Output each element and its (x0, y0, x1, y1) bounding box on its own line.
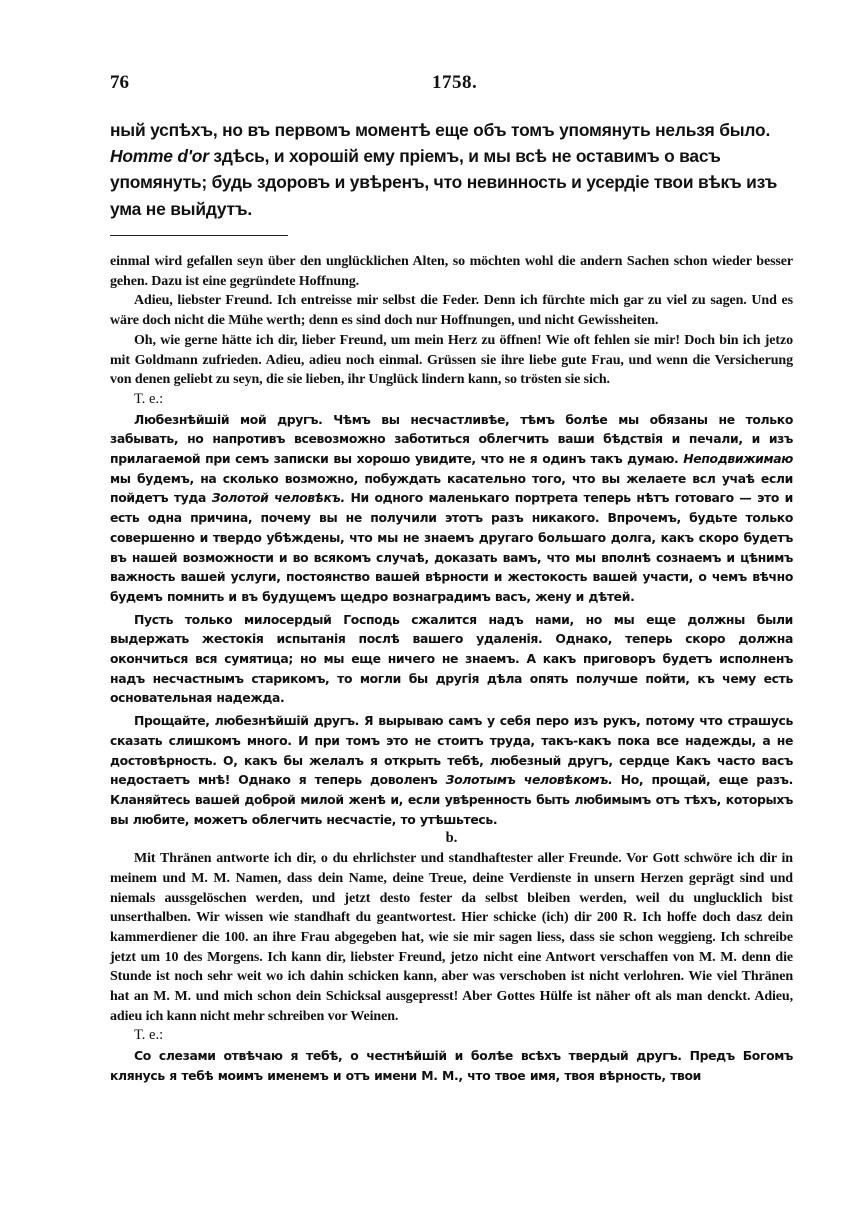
footnote-ru-paragraph-4: Со слезами отвѣчаю я тебѣ, о честнѣйшій … (110, 1046, 793, 1085)
main-line-3: упомянуть; будь здоровъ и увѣренъ, что н… (110, 169, 790, 195)
main-line-1: ный успѣхъ, но въ первомъ моментѣ еще об… (110, 117, 790, 143)
footnote-de-paragraph-4: Mit Thränen antworte ich dir, o du ehrli… (110, 849, 793, 1026)
book-page: 76 1758. ный успѣхъ, но въ первомъ момен… (0, 0, 843, 1218)
footnote-de-paragraph-1: einmal wird gefallen seyn über den unglü… (110, 252, 793, 291)
translation-label-2: T. e.: (110, 1026, 793, 1046)
footnote-ru-paragraph-2: Пусть только милосердый Господь сжалится… (110, 610, 793, 709)
translation-label-1: T. e.: (110, 390, 793, 410)
running-header-year: 1758. (432, 72, 477, 94)
main-line-4: ума не выйдутъ. (110, 196, 790, 222)
footnotes: einmal wird gefallen seyn über den unglü… (110, 252, 793, 1086)
footnote-de-paragraph-2: Adieu, liebster Freund. Ich entreisse mi… (110, 291, 793, 330)
main-body-text: ный успѣхъ, но въ первомъ моментѣ еще об… (110, 117, 790, 222)
page-number: 76 (110, 72, 129, 94)
main-line-2: Homme d'or здѣсь, и хорошій ему пріемъ, … (110, 143, 790, 169)
page-header: 76 1758. (110, 72, 790, 96)
footnote-de-paragraph-3: Oh, wie gerne hätte ich dir, lieber Freu… (110, 331, 793, 390)
section-marker-b: b. (110, 829, 793, 849)
footnote-divider (110, 235, 288, 236)
footnote-ru-paragraph-3: Прощайте, любезнѣйшій другъ. Я вырываю с… (110, 711, 793, 829)
footnote-ru-paragraph-1: Любезнѣйшій мой другъ. Чѣмъ вы несчастли… (110, 410, 793, 607)
italic-homme-dor: Homme d'or (110, 146, 209, 166)
